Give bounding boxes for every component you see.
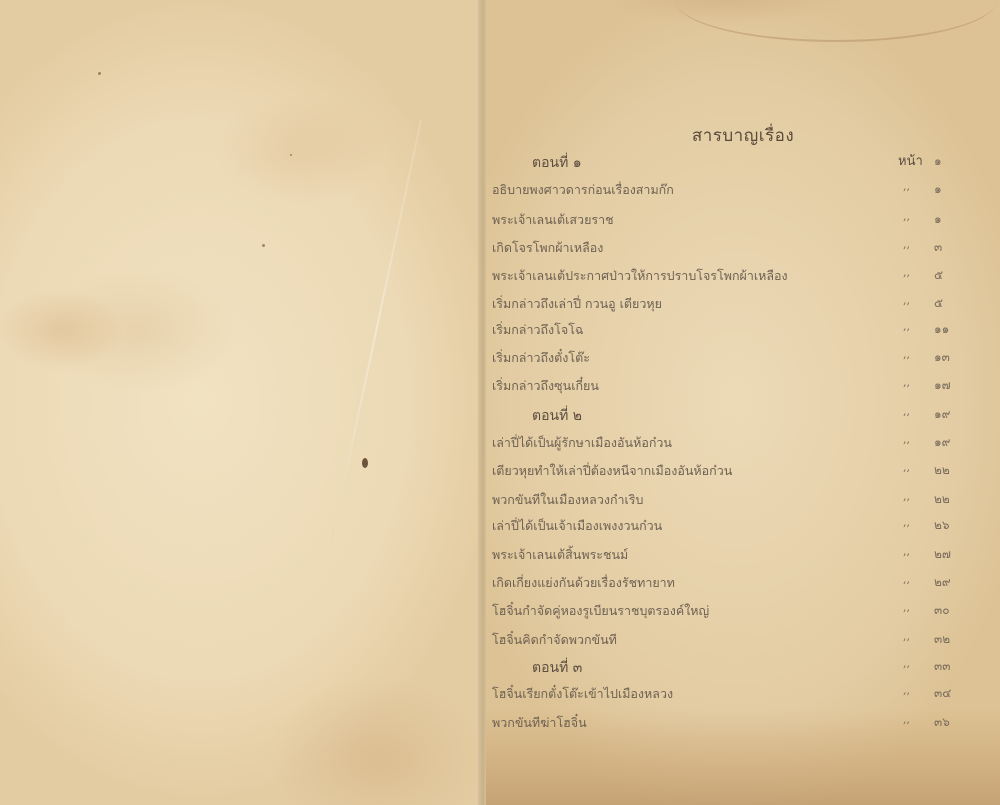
toc-entry: เริ่มกล่าวถึงโจโฉ,,๑๑ xyxy=(486,320,1000,342)
toc-entry: เตียวหุยทำให้เล่าปี่ต้องหนีจากเมืองอันห้… xyxy=(486,461,1000,483)
toc-entry-text: เริ่มกล่าวถึงโจโฉ xyxy=(492,320,583,340)
foxing-spot xyxy=(290,154,292,156)
toc-page-number: ๓๐ xyxy=(934,601,950,620)
toc-list: ตอนที่ ๑หน้า๑อธิบายพงศาวดารก่อนเรื่องสาม… xyxy=(486,0,1000,805)
ditto-mark: ,, xyxy=(903,266,910,279)
toc-entry-text: พระเจ้าเลนเต้สิ้นพระชนม์ xyxy=(492,545,628,565)
foxing-spot xyxy=(98,72,101,75)
ditto-mark: ,, xyxy=(903,180,910,193)
toc-entry-text: โฮจิ๋นเรียกตั๋งโต๊ะเข้าไปเมืองหลวง xyxy=(492,684,673,704)
toc-entry-text: อธิบายพงศาวดารก่อนเรื่องสามก๊ก xyxy=(492,180,674,200)
ditto-mark: ,, xyxy=(903,713,910,726)
ditto-mark: ,, xyxy=(903,490,910,503)
toc-entry: โฮจิ๋นกำจัดคู่หองรูเบียนราชบุตรองค์ใหญ่,… xyxy=(486,601,1000,623)
toc-entry-text: พวกขันทีในเมืองหลวงกำเริบ xyxy=(492,490,643,510)
left-page-blank xyxy=(0,0,482,805)
toc-page-number: ๑ xyxy=(934,152,942,171)
ditto-mark: ,, xyxy=(903,601,910,614)
toc-entry-text: เล่าปี่ได้เป็นเจ้าเมืองเพงงวนก๋วน xyxy=(492,516,662,536)
toc-page-number: ๑๙ xyxy=(934,433,950,452)
toc-entry: อธิบายพงศาวดารก่อนเรื่องสามก๊ก,,๑ xyxy=(486,180,1000,202)
toc-section-heading: ตอนที่ ๒,,๑๙ xyxy=(486,405,1000,427)
toc-page-number: ๕ xyxy=(934,294,943,313)
toc-entry-text: เกิดโจรโพกผ้าเหลือง xyxy=(492,238,603,258)
toc-entry-text: ตอนที่ ๓ xyxy=(532,657,582,679)
foxing-spot xyxy=(262,244,265,247)
toc-page-number: ๑ xyxy=(934,180,942,199)
toc-entry: เริ่มกล่าวถึงตั๋งโต๊ะ,,๑๓ xyxy=(486,348,1000,370)
ditto-mark: ,, xyxy=(903,516,910,529)
toc-entry-text: พวกขันทีฆ่าโฮจิ๋น xyxy=(492,713,587,733)
book-spread: สารบาญเรื่อง ตอนที่ ๑หน้า๑อธิบายพงศาวดาร… xyxy=(0,0,1000,805)
toc-entry-text: โฮจิ๋นกำจัดคู่หองรูเบียนราชบุตรองค์ใหญ่ xyxy=(492,601,709,621)
ditto-mark: ,, xyxy=(903,657,910,670)
ditto-mark: ,, xyxy=(903,684,910,697)
toc-page-number: ๓๔ xyxy=(934,684,951,703)
toc-page-number: ๒๒ xyxy=(934,490,950,509)
toc-page-number: ๓๓ xyxy=(934,657,950,676)
ditto-mark: ,, xyxy=(903,630,910,643)
right-page-toc: สารบาญเรื่อง ตอนที่ ๑หน้า๑อธิบายพงศาวดาร… xyxy=(486,0,1000,805)
toc-entry-text: เล่าปี่ได้เป็นผู้รักษาเมืองอันห้อก๋วน xyxy=(492,433,672,453)
toc-entry-text: โฮจิ๋นคิดกำจัดพวกขันที xyxy=(492,630,617,650)
toc-entry: เล่าปี่ได้เป็นเจ้าเมืองเพงงวนก๋วน,,๒๖ xyxy=(486,516,1000,538)
toc-entry: โฮจิ๋นเรียกตั๋งโต๊ะเข้าไปเมืองหลวง,,๓๔ xyxy=(486,684,1000,706)
toc-section-heading: ตอนที่ ๓,,๓๓ xyxy=(486,657,1000,679)
page-column-label: หน้า xyxy=(898,150,923,171)
toc-page-number: ๑๗ xyxy=(934,376,951,395)
ditto-mark: ,, xyxy=(903,320,910,333)
ditto-mark: ,, xyxy=(903,348,910,361)
toc-entry: เริ่มกล่าวถึงซุนเกี๋ยน,,๑๗ xyxy=(486,376,1000,398)
toc-entry: เริ่มกล่าวถึงเล่าปี่ กวนอู เตียวหุย,,๕ xyxy=(486,294,1000,316)
toc-page-number: ๒๖ xyxy=(934,516,950,535)
toc-page-number: ๒๗ xyxy=(934,545,951,564)
toc-page-number: ๑ xyxy=(934,210,942,229)
toc-entry: พวกขันทีฆ่าโฮจิ๋น,,๓๖ xyxy=(486,713,1000,735)
toc-entry-text: เริ่มกล่าวถึงตั๋งโต๊ะ xyxy=(492,348,590,368)
toc-page-number: ๒๙ xyxy=(934,573,951,592)
toc-page-number: ๕ xyxy=(934,266,943,285)
ditto-mark: ,, xyxy=(903,433,910,446)
toc-entry: พระเจ้าเลนเต้เสวยราช,,๑ xyxy=(486,210,1000,232)
toc-entry-text: เริ่มกล่าวถึงเล่าปี่ กวนอู เตียวหุย xyxy=(492,294,662,314)
toc-entry: เกิดโจรโพกผ้าเหลือง,,๓ xyxy=(486,238,1000,260)
ditto-mark: ,, xyxy=(903,210,910,223)
ink-spot xyxy=(362,458,368,468)
toc-page-number: ๓ xyxy=(934,238,942,257)
toc-page-number: ๒๒ xyxy=(934,461,950,480)
toc-page-number: ๑๓ xyxy=(934,348,950,367)
ditto-mark: ,, xyxy=(903,294,910,307)
toc-page-number: ๓๖ xyxy=(934,713,950,732)
ditto-mark: ,, xyxy=(903,405,910,418)
toc-entry-text: ตอนที่ ๑ xyxy=(532,152,582,174)
toc-entry: พวกขันทีในเมืองหลวงกำเริบ,,๒๒ xyxy=(486,490,1000,512)
toc-entry: เกิดเกี่ยงแย่งกันด้วยเรื่องรัชทายาท,,๒๙ xyxy=(486,573,1000,595)
toc-page-number: ๑๙ xyxy=(934,405,950,424)
toc-entry: เล่าปี่ได้เป็นผู้รักษาเมืองอันห้อก๋วน,,๑… xyxy=(486,433,1000,455)
toc-section-heading: ตอนที่ ๑หน้า๑ xyxy=(486,152,1000,174)
ditto-mark: ,, xyxy=(903,545,910,558)
toc-entry: โฮจิ๋นคิดกำจัดพวกขันที,,๓๒ xyxy=(486,630,1000,652)
toc-page-number: ๑๑ xyxy=(934,320,949,339)
toc-entry-text: เริ่มกล่าวถึงซุนเกี๋ยน xyxy=(492,376,599,396)
ditto-mark: ,, xyxy=(903,238,910,251)
toc-entry-text: เตียวหุยทำให้เล่าปี่ต้องหนีจากเมืองอันห้… xyxy=(492,461,732,481)
ditto-mark: ,, xyxy=(903,461,910,474)
ditto-mark: ,, xyxy=(903,376,910,389)
toc-entry-text: พระเจ้าเลนเต้ประกาศป่าวให้การปราบโจรโพกผ… xyxy=(492,266,788,286)
toc-entry: พระเจ้าเลนเต้สิ้นพระชนม์,,๒๗ xyxy=(486,545,1000,567)
toc-entry-text: พระเจ้าเลนเต้เสวยราช xyxy=(492,210,614,230)
toc-page-number: ๓๒ xyxy=(934,630,950,649)
toc-entry: พระเจ้าเลนเต้ประกาศป่าวให้การปราบโจรโพกผ… xyxy=(486,266,1000,288)
ditto-mark: ,, xyxy=(903,573,910,586)
toc-entry-text: ตอนที่ ๒ xyxy=(532,405,582,427)
toc-entry-text: เกิดเกี่ยงแย่งกันด้วยเรื่องรัชทายาท xyxy=(492,573,675,593)
